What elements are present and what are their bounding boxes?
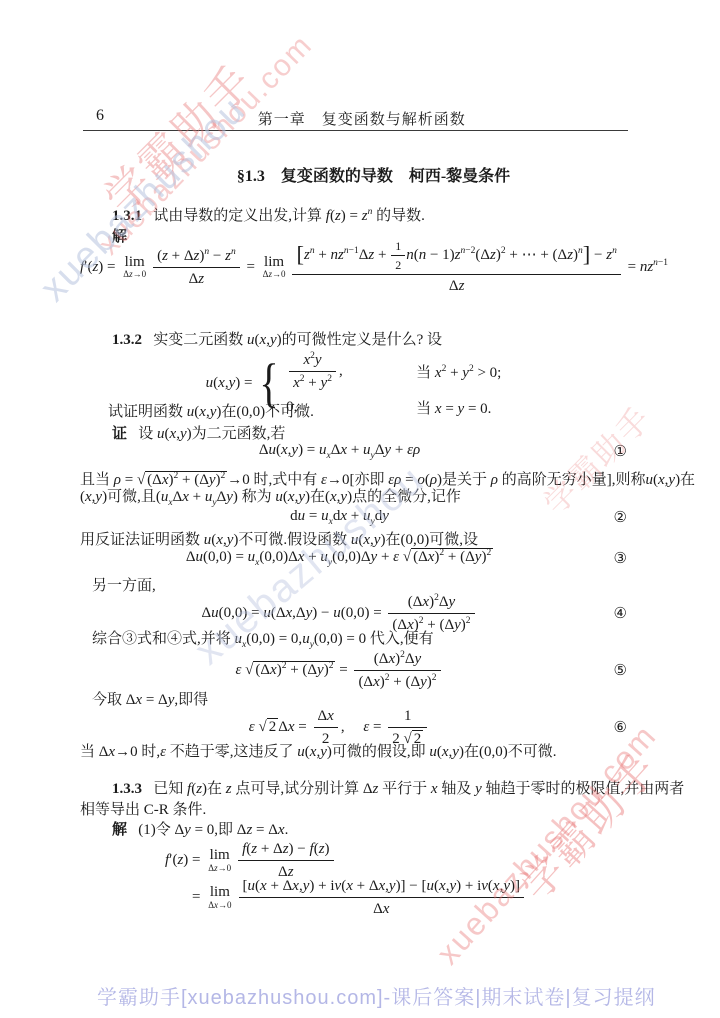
- problem-1-3-2-prove-line: 试证明函数 u(x,y)在(0,0)不可微.: [108, 402, 314, 422]
- chapter-title: 第一章 复变函数与解析函数: [258, 108, 466, 129]
- equation-3: Δu(0,0) = ux(0,0)Δx + uy(0,0)Δy + ε √(Δx…: [80, 548, 627, 568]
- solution-intro-text: (1)令 Δy = 0,即 Δz = Δx.: [138, 822, 288, 838]
- equation-5-number: ⑤: [599, 661, 627, 680]
- proof-label-1-3-2: 证: [112, 426, 127, 442]
- problem-1-3-3-statement-line-2: 相等导出 C-R 条件.: [80, 800, 206, 820]
- problem-1-3-3-number: 1.3.3: [112, 781, 142, 797]
- proof-paragraph-2: 用反证法证明函数 u(x,y)不可微.假设函数 u(x,y)在(0,0)可微,设: [80, 530, 478, 550]
- equation-2-body: du = uxdx + uydy: [80, 508, 599, 527]
- equation-5-body: ε √(Δx)2 + (Δy)2 = (Δx)2Δy(Δx)2 + (Δy)2: [80, 649, 599, 693]
- proof-intro-line: 证 设 u(x,y)为二元函数,若: [112, 424, 285, 444]
- textbook-page: 学霸助手 xuebazhushou.com xuebazhushou xueba…: [0, 0, 720, 1018]
- problem-1-3-1-statement: 1.3.1 试由导数的定义出发,计算 f(z) = zn 的导数.: [112, 202, 425, 226]
- equation-1: Δu(x,y) = uxΔx + uyΔy + ερ ①: [80, 442, 627, 461]
- footer-watermark-text: 学霸助手[xuebazhushou.com]-课后答案|期末试卷|复习提纲: [97, 981, 627, 1010]
- problem-1-3-2-number: 1.3.2: [112, 332, 142, 348]
- equation-4-number: ④: [599, 604, 627, 623]
- equation-2: du = uxdx + uydy ②: [80, 508, 627, 527]
- section-title: §1.3 复变函数的导数 柯西-黎曼条件: [101, 163, 646, 186]
- equation-1-number: ①: [599, 442, 627, 461]
- proof-conclusion: 当 Δx→0 时,ε 不趋于零,这违反了 u(x,y)可微的假设,即 u(x,y…: [80, 742, 556, 762]
- page-header: 6 第一章 复变函数与解析函数: [83, 102, 628, 131]
- problem-1-3-3-text: 已知 f(z)在 z 点可导,试分别计算 Δz 平行于 x 轴及 y 轴趋于零时…: [153, 781, 684, 797]
- problem-1-3-1-text: 试由导数的定义出发,计算 f(z) = zn 的导数.: [153, 208, 425, 224]
- watermark-brand-bottom-right: 学霸助手: [504, 738, 669, 912]
- problem-1-3-1-number: 1.3.1: [112, 208, 142, 224]
- equation-5: ε √(Δx)2 + (Δy)2 = (Δx)2Δy(Δx)2 + (Δy)2 …: [80, 649, 627, 693]
- equation-2-number: ②: [599, 508, 627, 527]
- equation-6-number: ⑥: [599, 718, 627, 737]
- equation-1-body: Δu(x,y) = uxΔx + uyΔy + ερ: [80, 442, 599, 461]
- problem-1-3-3-statement-line-1: 1.3.3 已知 f(z)在 z 点可导,试分别计算 Δz 平行于 x 轴及 y…: [112, 779, 684, 799]
- solution-intro-1-3-3: 解 (1)令 Δy = 0,即 Δz = Δx.: [112, 820, 288, 840]
- equation-3-number: ③: [599, 549, 627, 568]
- problem-1-3-2-text: 实变二元函数 u(x,y)的可微性定义是什么? 设: [153, 332, 442, 348]
- formula-derivative-zn: f′(z) = limΔz→0(z + Δz)n − znΔz = limΔz→…: [80, 238, 627, 297]
- proof-intro-text: 设 u(x,y)为二元函数,若: [138, 426, 285, 442]
- formula-limit-line-2: = limΔx→0[u(x + Δx,y) + iv(x + Δx,y)] − …: [192, 876, 527, 920]
- equation-3-body: Δu(0,0) = ux(0,0)Δx + uy(0,0)Δy + ε √(Δx…: [80, 548, 599, 568]
- solution-label-1-3-3: 解: [112, 822, 127, 838]
- page-number: 6: [96, 107, 104, 125]
- watermark-brand-top-left: 学霸助手: [87, 47, 265, 225]
